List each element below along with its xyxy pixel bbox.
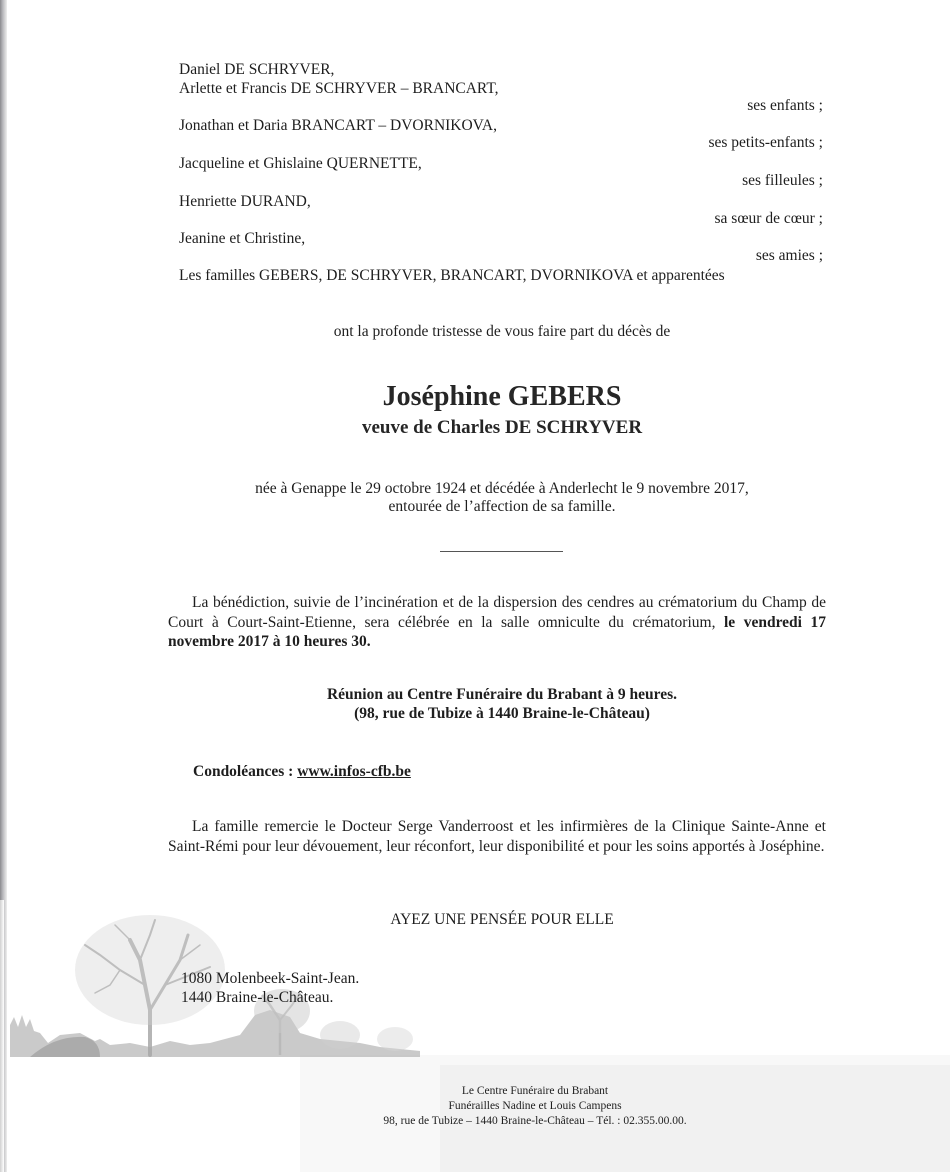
footer-line-3: 98, rue de Tubize – 1440 Braine-le-Châte… [0,1114,950,1129]
section-divider [440,551,563,552]
family-member-line: Henriette DURAND, [179,193,311,211]
meeting-address: (98, rue de Tubize à 1440 Braine-le-Chât… [0,705,950,723]
surrounded-line: entourée de l’affection de sa famille. [0,498,950,516]
winter-landscape-illustration [0,915,950,1172]
family-member-line: Jeanine et Christine, [179,230,305,248]
family-member-line: Jonathan et Daria BRANCART – DVORNIKOVA, [179,117,497,135]
family-relation-label: ses enfants ; [747,97,823,115]
footer-line-1: Le Centre Funéraire du Brabant [0,1084,950,1099]
deceased-widow-of: veuve de Charles DE SCHRYVER [0,417,950,439]
family-relation-label: ses filleules ; [742,172,823,190]
condolences-link[interactable]: www.infos-cfb.be [297,763,411,780]
birth-death-line: née à Genappe le 29 octobre 1924 et décé… [0,480,950,498]
announcement-text: ont la profonde tristesse de vous faire … [0,323,950,341]
footer-line-2: Funérailles Nadine et Louis Campens [0,1099,950,1114]
deceased-name: Joséphine GEBERS [0,381,950,413]
thanks-text: La famille remercie le Docteur Serge Van… [168,817,826,856]
ceremony-paragraph: La bénédiction, suivie de l’incinération… [168,593,826,652]
family-member-line: Les familles GEBERS, DE SCHRYVER, BRANCA… [179,267,725,285]
family-relation-label: sa sœur de cœur ; [715,210,823,228]
family-member-line: Daniel DE SCHRYVER, [179,61,334,79]
address-line: 1080 Molenbeek-Saint-Jean. [181,970,359,988]
thanks-paragraph: La famille remercie le Docteur Serge Van… [168,817,826,856]
closing-phrase: AYEZ UNE PENSÉE POUR ELLE [0,911,950,929]
family-relation-label: ses amies ; [756,247,823,265]
family-member-line: Arlette et Francis DE SCHRYVER – BRANCAR… [179,80,499,98]
condolences-line: Condoléances : www.infos-cfb.be [193,763,411,781]
address-line: 1440 Braine-le-Château. [181,989,333,1007]
family-member-line: Jacqueline et Ghislaine QUERNETTE, [179,155,422,173]
family-relation-label: ses petits-enfants ; [708,134,823,152]
meeting-line: Réunion au Centre Funéraire du Brabant à… [0,686,950,704]
condolences-label: Condoléances : [193,763,297,780]
